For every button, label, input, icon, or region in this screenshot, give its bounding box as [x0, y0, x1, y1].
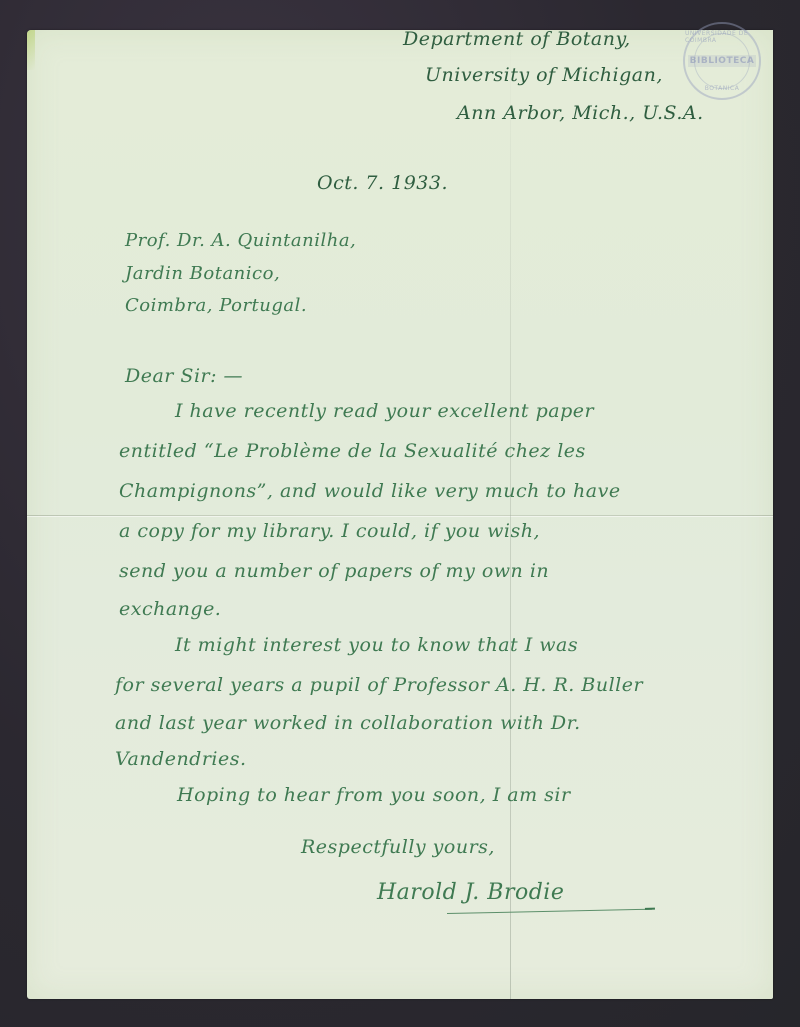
vertical-fold-line — [510, 30, 511, 999]
body-line: send you a number of papers of my own in — [119, 560, 549, 582]
signature: Harold J. Brodie — [377, 880, 564, 905]
letterhead-city: Ann Arbor, Mich., U.S.A. — [457, 102, 704, 124]
letter-paper: UNIVERSIDADE DE COIMBRA BIBLIOTECA BOTAN… — [27, 30, 773, 999]
library-stamp: UNIVERSIDADE DE COIMBRA BIBLIOTECA BOTAN… — [683, 22, 761, 100]
body-line: Hoping to hear from you soon, I am sir — [177, 784, 571, 806]
letter-date: Oct. 7. 1933. — [317, 172, 448, 194]
stamp-center-text: BIBLIOTECA — [688, 55, 757, 67]
body-line: a copy for my library. I could, if you w… — [119, 520, 540, 542]
stamp-ring-top: UNIVERSIDADE DE COIMBRA — [685, 30, 759, 44]
horizontal-fold-line — [27, 515, 773, 516]
letterhead-university: University of Michigan, — [425, 64, 663, 86]
signature-flourish — [447, 909, 652, 914]
recipient-institution: Jardin Botanico, — [125, 263, 280, 284]
letterhead-department: Department of Botany, — [403, 28, 631, 50]
body-line: and last year worked in collaboration wi… — [115, 712, 581, 734]
recipient-name: Prof. Dr. A. Quintanilha, — [125, 230, 356, 251]
salutation: Dear Sir: — — [125, 365, 243, 387]
recipient-location: Coimbra, Portugal. — [125, 295, 307, 316]
body-line: It might interest you to know that I was — [175, 634, 578, 656]
body-line: Champignons”, and would like very much t… — [119, 480, 621, 502]
body-line: Vandendries. — [115, 748, 247, 770]
body-line: I have recently read your excellent pape… — [175, 400, 594, 422]
body-line: exchange. — [119, 598, 221, 620]
closing: Respectfully yours, — [301, 836, 495, 858]
body-line: for several years a pupil of Professor A… — [115, 674, 643, 696]
stamp-ring-bottom: BOTANICA — [705, 85, 740, 92]
body-line: entitled “Le Problème de la Sexualité ch… — [119, 440, 586, 462]
